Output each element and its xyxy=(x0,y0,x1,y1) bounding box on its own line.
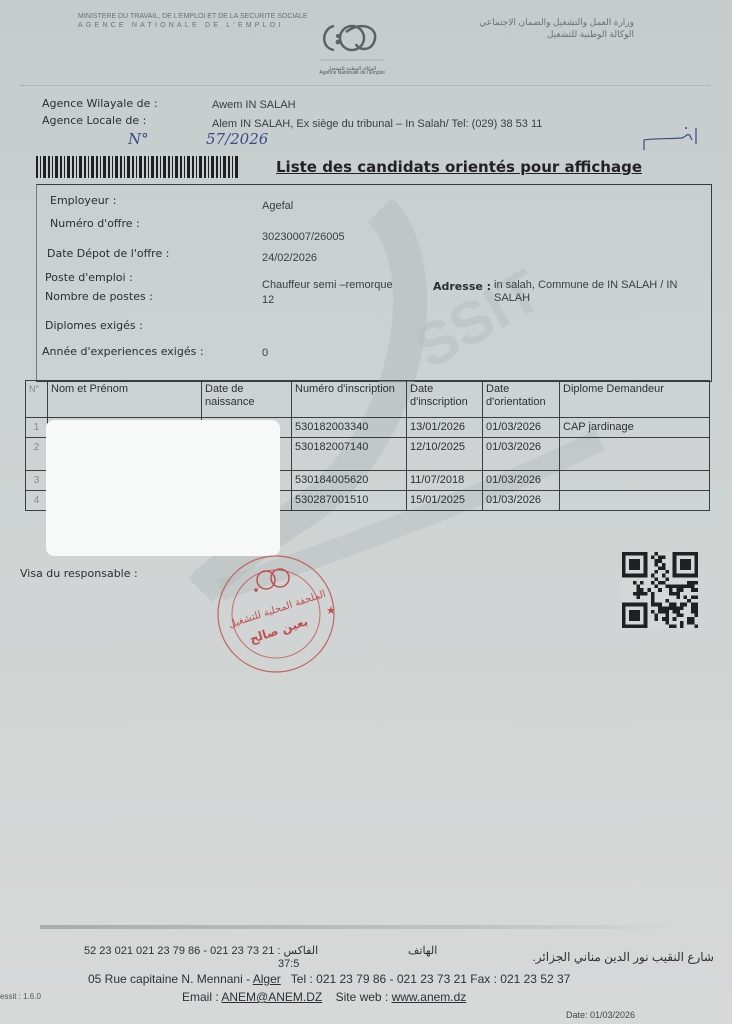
signature-icon xyxy=(640,124,702,152)
footer-street: 05 Rue capitaine N. Mennani - xyxy=(88,972,253,986)
row-number: 4 xyxy=(26,491,48,511)
wilaya-value: Awem IN SALAH xyxy=(212,99,296,111)
column-header-registration-number: Numéro d'inscription xyxy=(292,381,407,418)
position-value: Chauffeur semi –remorque xyxy=(262,279,393,291)
column-header-orientation-date: Date d'orientation xyxy=(483,381,560,418)
ministry-name-fr: MINISTERE DU TRAVAIL, DE L'EMPLOI ET DE … xyxy=(78,12,308,21)
barcode xyxy=(36,156,238,178)
agency-name-fr: AGENCE NATIONALE DE L'EMPLOI xyxy=(78,21,308,30)
handwritten-signature xyxy=(640,124,702,157)
footer-address-fr: 05 Rue capitaine N. Mennani - Alger Tel … xyxy=(88,972,570,986)
header-french: MINISTERE DU TRAVAIL, DE L'EMPLOI ET DE … xyxy=(78,12,308,30)
anem-logo-icon xyxy=(312,14,392,64)
registration-date: 15/01/2025 xyxy=(407,491,483,511)
experience-value: 0 xyxy=(262,347,268,359)
registration-number: 530182003340 xyxy=(292,418,407,438)
agency-name-ar: الوكالة الوطنية للتشغيل xyxy=(428,28,634,40)
offer-number-value: 30230007/26005 xyxy=(262,231,345,243)
row-number: 2 xyxy=(26,438,48,471)
positions-count-value: 12 xyxy=(262,294,274,306)
orientation-date: 01/03/2026 xyxy=(483,418,560,438)
wilaya-label: Agence Wilayale de : xyxy=(42,97,158,110)
column-header-registration-date: Date d'inscription xyxy=(407,381,483,418)
candidate-diploma xyxy=(560,491,710,511)
footer-phone-cont: 37:5 xyxy=(278,958,299,970)
redaction-box xyxy=(46,420,280,556)
footer-tel-fax: Tel : 021 23 79 86 - 021 23 73 21 Fax : … xyxy=(291,972,571,986)
software-version: essit : 1.6.0 xyxy=(0,992,41,1001)
deposit-date-label: Date Dépot de l'offre : xyxy=(47,247,169,260)
site-label: Site web : xyxy=(336,990,392,1004)
column-header-name: Nom et Prénom xyxy=(48,381,202,418)
candidate-diploma xyxy=(560,438,710,471)
orientation-date: 01/03/2026 xyxy=(483,491,560,511)
footer-contact: Email : ANEM@ANEM.DZ Site web : www.anem… xyxy=(182,990,466,1004)
locale-label: Agence Locale de : xyxy=(42,114,146,127)
registration-number: 530184005620 xyxy=(292,471,407,491)
header-arabic: وزارة العمل والتشغيل والضمان الاجتماعي ا… xyxy=(428,16,634,40)
orientation-date: 01/03/2026 xyxy=(483,438,560,471)
orientation-date: 01/03/2026 xyxy=(483,471,560,491)
document-page: MINISTERE DU TRAVAIL, DE L'EMPLOI ET DE … xyxy=(0,0,732,1024)
handwritten-number-label: N° xyxy=(128,130,149,148)
column-header-number: N° xyxy=(26,381,48,418)
official-stamp-icon: الملحقة المحلية للتشغيل بعين صالح ★ xyxy=(196,550,340,678)
offer-number-label: Numéro d'offre : xyxy=(50,217,140,230)
diplomas-label: Diplomes exigés : xyxy=(45,319,143,332)
handwritten-number-value: 57/2026 xyxy=(206,130,268,148)
employer-label: Employeur : xyxy=(50,194,116,207)
position-label: Poste d'emploi : xyxy=(45,271,133,284)
document-title: Liste des candidats orientés pour affich… xyxy=(276,158,642,176)
registration-date: 13/01/2026 xyxy=(407,418,483,438)
footer-phone-fax: 52 23 021 الفاكس : 21 73 23 021 - 86 79 … xyxy=(84,944,318,957)
ministry-name-ar: وزارة العمل والتشغيل والضمان الاجتماعي xyxy=(428,16,634,28)
table-header-row: N° Nom et Prénom Date de naissance Numér… xyxy=(26,381,710,418)
registration-date: 11/07/2018 xyxy=(407,471,483,491)
footer-address-ar: شارع النقيب نور الدين مناني الجزائر. xyxy=(532,950,714,964)
locale-value: Alem IN SALAH, Ex siège du tribunal – In… xyxy=(212,118,542,130)
print-date: Date: 01/03/2026 xyxy=(566,1010,635,1020)
visa-label: Visa du responsable : xyxy=(20,567,138,580)
row-number: 3 xyxy=(26,471,48,491)
candidate-diploma xyxy=(560,471,710,491)
anem-logo: الوكالة الوطنية للتشغيل Agence Nationale… xyxy=(312,14,392,78)
logo-caption-fr: Agence Nationale de l'Emploi xyxy=(312,70,392,77)
registration-number: 530287001510 xyxy=(292,491,407,511)
website-link[interactable]: www.anem.dz xyxy=(392,990,467,1004)
footer-phone-label-ar: الهاتف xyxy=(408,944,437,957)
positions-count-label: Nombre de postes : xyxy=(45,290,153,303)
address-value: in salah, Commune de IN SALAH / IN SALAH xyxy=(494,279,708,305)
registration-date: 12/10/2025 xyxy=(407,438,483,471)
candidate-diploma: CAP jardinage xyxy=(560,418,710,438)
registration-number: 530182007140 xyxy=(292,438,407,471)
footer-city: Alger xyxy=(253,972,281,986)
email-link[interactable]: ANEM@ANEM.DZ xyxy=(221,990,322,1004)
experience-label: Année d'experiences exigés : xyxy=(42,345,204,358)
email-label: Email : xyxy=(182,990,221,1004)
column-header-diploma: Diplome Demandeur xyxy=(560,381,710,418)
svg-text:★: ★ xyxy=(326,604,336,617)
header-divider xyxy=(20,85,710,86)
column-header-birth-date: Date de naissance xyxy=(202,381,292,418)
deposit-date-value: 24/02/2026 xyxy=(262,252,317,264)
address-label: Adresse : xyxy=(433,280,491,293)
employer-value: Agefal xyxy=(262,200,293,212)
qr-code xyxy=(620,552,700,628)
row-number: 1 xyxy=(26,418,48,438)
footer-divider xyxy=(40,925,680,929)
